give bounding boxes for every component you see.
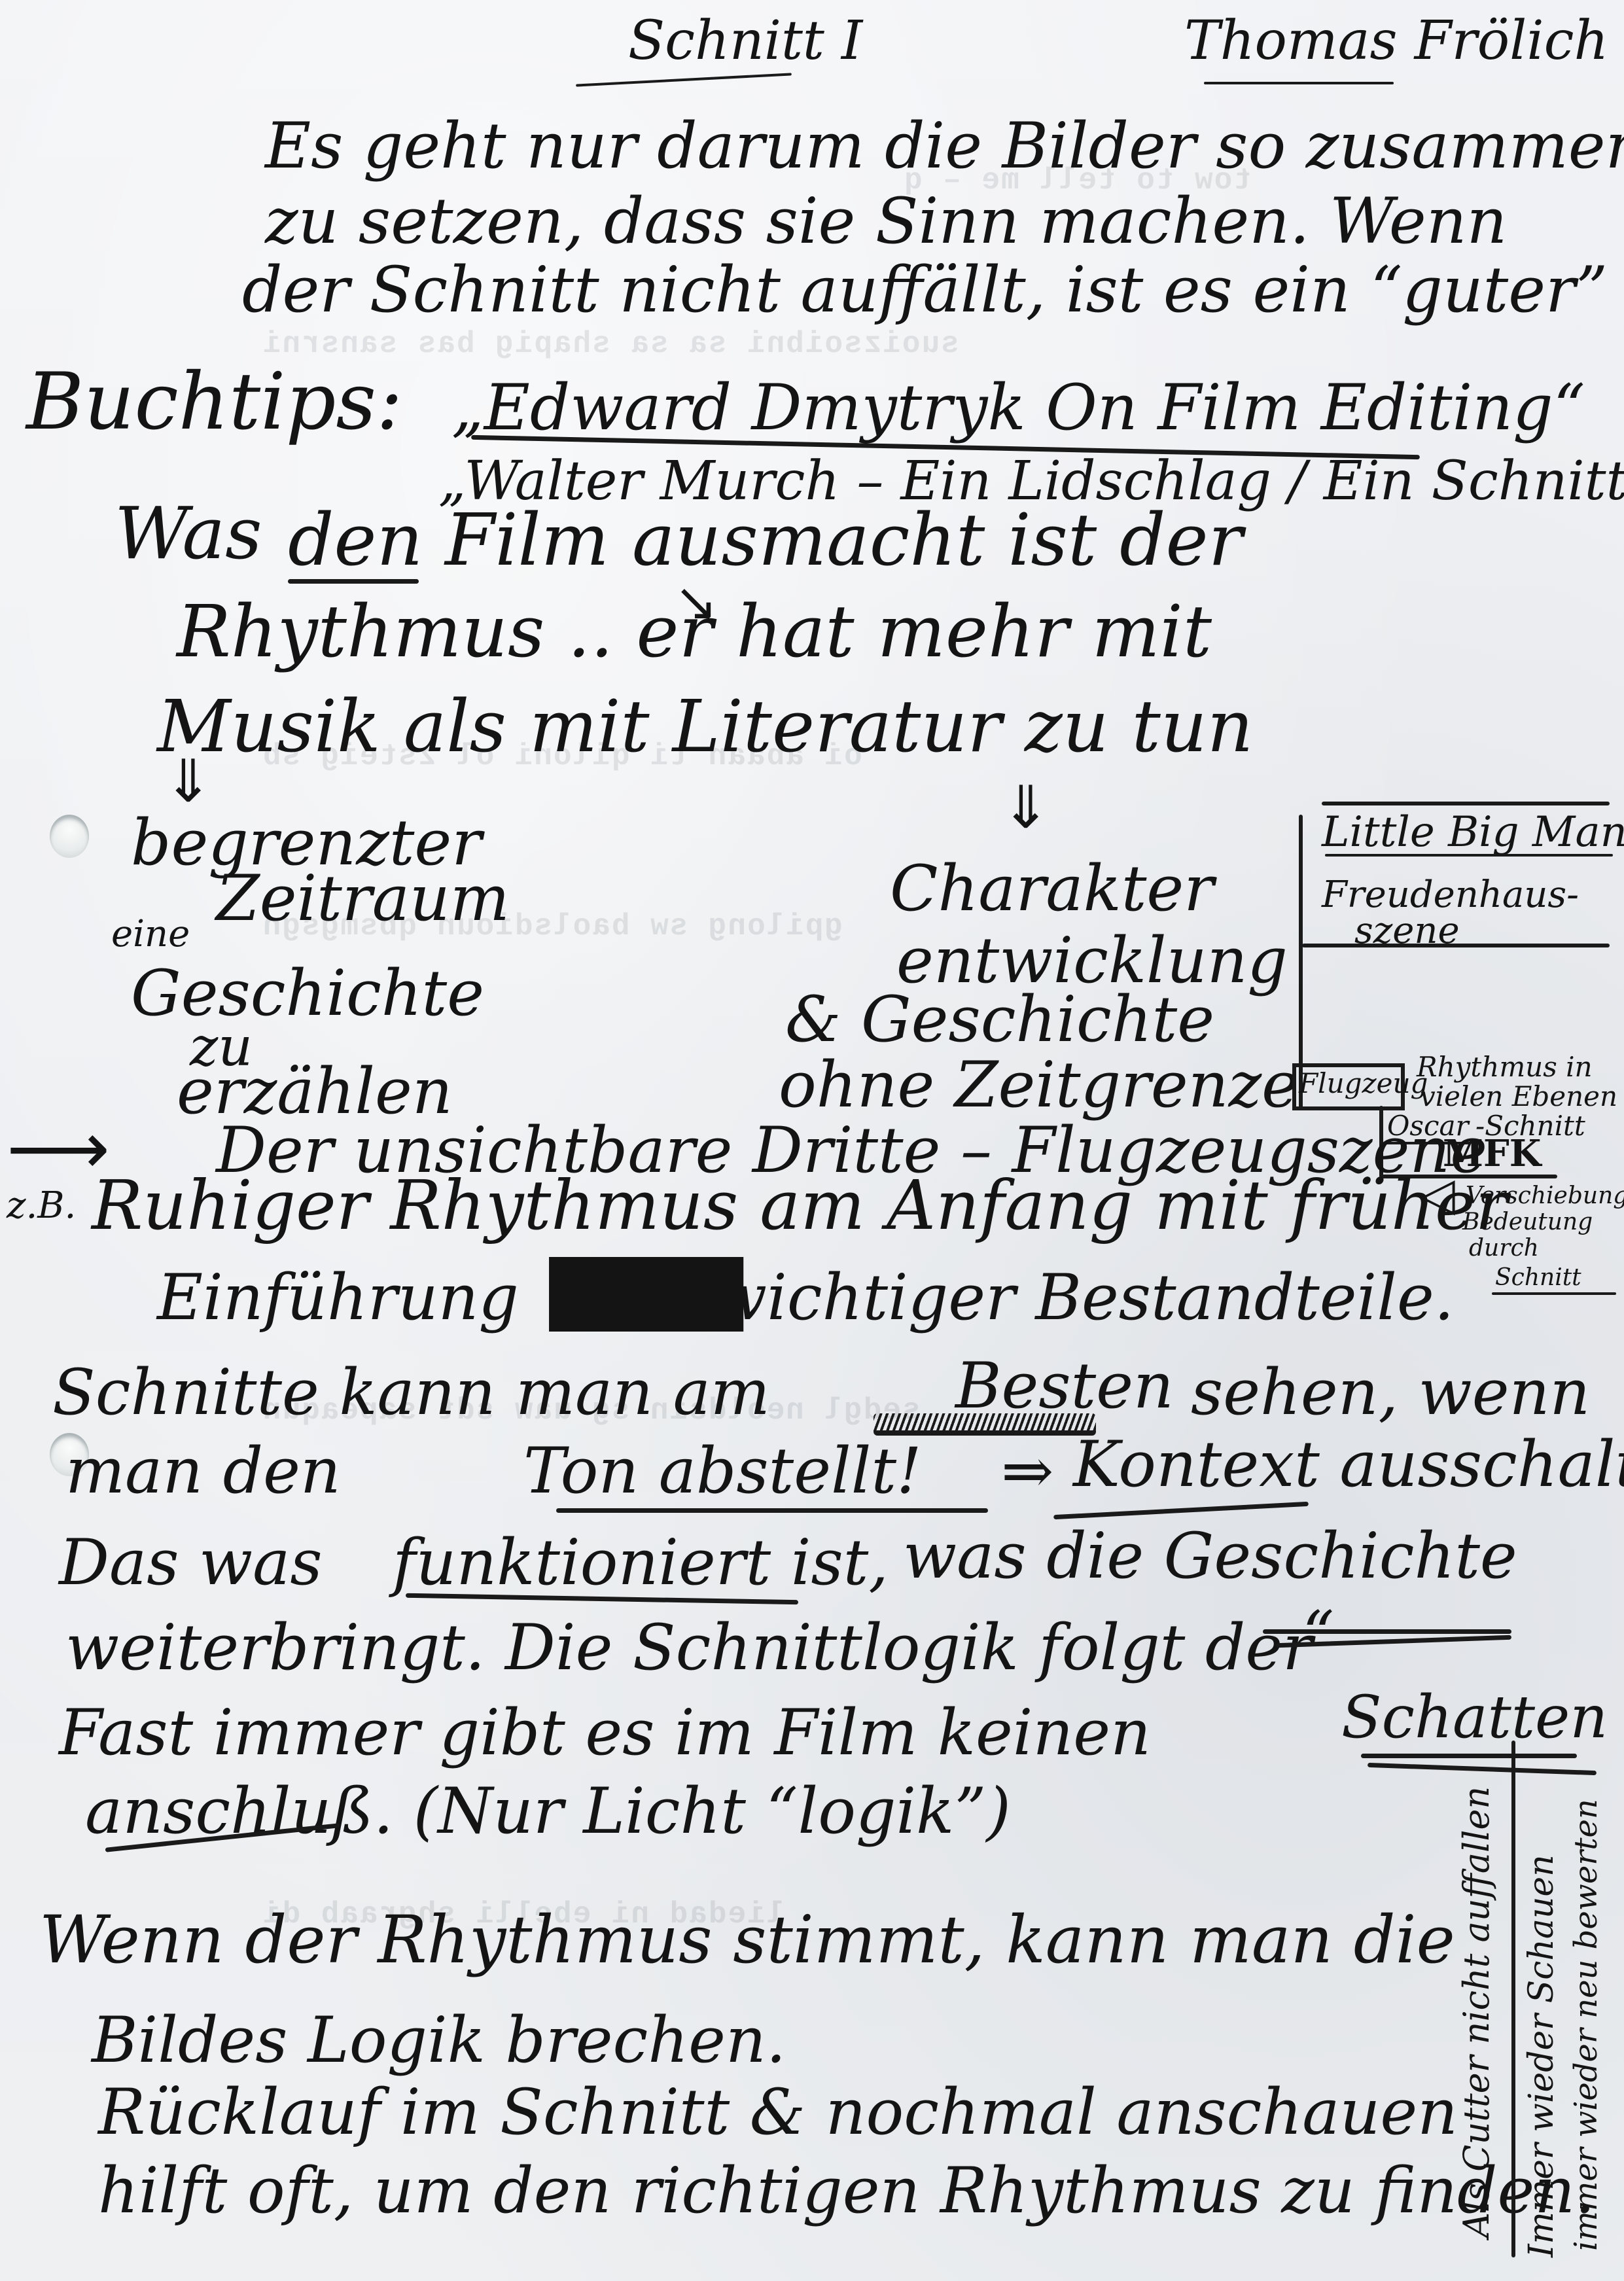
sidebox-note-6: Schnitt — [1495, 1266, 1581, 1290]
ton-abstellt-underline — [556, 1508, 988, 1513]
left-branch-eine: eine — [111, 916, 190, 953]
right-branch-geschichte: & Geschichte — [785, 988, 1214, 1051]
margin-note-schauen: Immer wieder Schauen — [1525, 1854, 1559, 2257]
punch-hole-top — [50, 815, 89, 858]
right-branch-charakter: Charakter — [890, 857, 1214, 920]
rhythm-line-1-b: den — [288, 504, 423, 576]
logic-line-2-mark: “ — [1302, 1603, 1334, 1666]
logic-line-1-b: funktioniert ist, — [393, 1531, 889, 1594]
example-line-4-a: Schnitte kann man am — [52, 1361, 770, 1424]
right-branch-zeitgrenze: ohne Zeitgrenze — [779, 1053, 1299, 1116]
den-underline — [288, 579, 419, 584]
booktips-label: Buchtips: — [26, 363, 402, 442]
margin-note-bewerten: immer wieder neu bewerten — [1570, 1799, 1602, 2251]
example-line-4-c: sehen, wenn — [1191, 1361, 1590, 1424]
logic-line-2: weiterbringt. Die Schnittlogik folgt der — [65, 1616, 1313, 1679]
logic-line-4: anschluß. (Nur Licht “logik”) — [85, 1780, 1011, 1843]
sidebox-top-line — [1322, 802, 1610, 805]
rhythm-line-1-a: Was — [115, 497, 262, 569]
schnitt-underline — [1492, 1292, 1616, 1295]
example-line-5-b: Ton abstellt! — [523, 1440, 922, 1502]
example-line-3-a: Einführung — [157, 1266, 519, 1329]
scribbled-out-underline — [874, 1413, 1096, 1436]
logic-line-7: Rücklauf im Schnitt & nochmal anschauen — [98, 2081, 1458, 2144]
margin-bracket — [1511, 1741, 1515, 2257]
example-line-2: Ruhiger Rhythmus am Anfang mit früher — [92, 1171, 1508, 1239]
margin-note-cutter: Als Cutter nicht auffallen — [1459, 1786, 1494, 2238]
example-line-3-b: wichtiger Bestandteile. — [713, 1266, 1454, 1329]
arrow-down-right-icon: ⇓ — [1001, 779, 1050, 838]
intro-line-2: zu setzen, dass sie Sinn machen. Wenn — [265, 190, 1507, 253]
sidebox-divider — [1302, 944, 1610, 947]
sidebox-note-1: Rhythmus in — [1417, 1053, 1593, 1081]
sidebox-scene-1: Freudenhaus- — [1322, 877, 1579, 913]
rhythm-line-3: Musik als mit Literatur zu tun — [157, 690, 1254, 762]
sidebox-flugzeug: Flugzeug — [1299, 1070, 1428, 1097]
logic-line-6: Bildes Logik brechen. — [92, 2009, 786, 2072]
logic-line-1-c: was die Geschichte — [903, 1525, 1517, 1587]
intro-line-3: der Schnitt nicht auffällt, ist es ein “… — [242, 258, 1624, 321]
author-name: Thomas Frölich — [1184, 14, 1608, 68]
ditto-underline-1 — [1263, 1629, 1511, 1634]
logic-line-1-a: Das was — [59, 1531, 323, 1594]
page-title: Schnitt I — [628, 14, 862, 68]
schatten-underline-1 — [1361, 1754, 1577, 1758]
intro-line-1: Es geht nur darum die Bilder so zusammen — [265, 115, 1624, 177]
arrow-down-left-icon: ⇓ — [164, 752, 213, 811]
example-line-5-d: Kontext ausschalten — [1073, 1433, 1624, 1496]
left-branch-zeitraum: Zeitraum — [216, 867, 510, 930]
arrow-down-icon: ↘ — [674, 576, 718, 628]
logic-line-3-b: Schatten — [1341, 1688, 1608, 1747]
sidebox-title: Little Big Man — [1322, 811, 1624, 853]
author-underline — [1204, 82, 1394, 84]
rhythm-line-1-c: Film ausmacht ist der — [445, 504, 1243, 576]
logic-line-8: hilft oft, um den richtigen Rhythmus zu … — [98, 2159, 1595, 2222]
example-line-4-b: Besten — [955, 1354, 1174, 1417]
sidebox-note-2: vielen Ebenen — [1420, 1083, 1617, 1110]
sidebox-title-underline — [1325, 854, 1613, 857]
logic-line-3-a: Fast immer gibt es im Film keinen — [59, 1701, 1151, 1764]
example-line-5-a: man den — [65, 1440, 341, 1502]
left-branch-geschichte: Geschichte — [131, 962, 484, 1025]
logic-line-5: Wenn der Rhythmus stimmt, kann man die — [39, 1907, 1455, 1973]
example-line-5-c: ⇒ — [1001, 1440, 1053, 1502]
book-1: „Edward Dmytryk On Film Editing“ — [451, 376, 1585, 439]
example-prefix: z.B. — [7, 1188, 76, 1224]
